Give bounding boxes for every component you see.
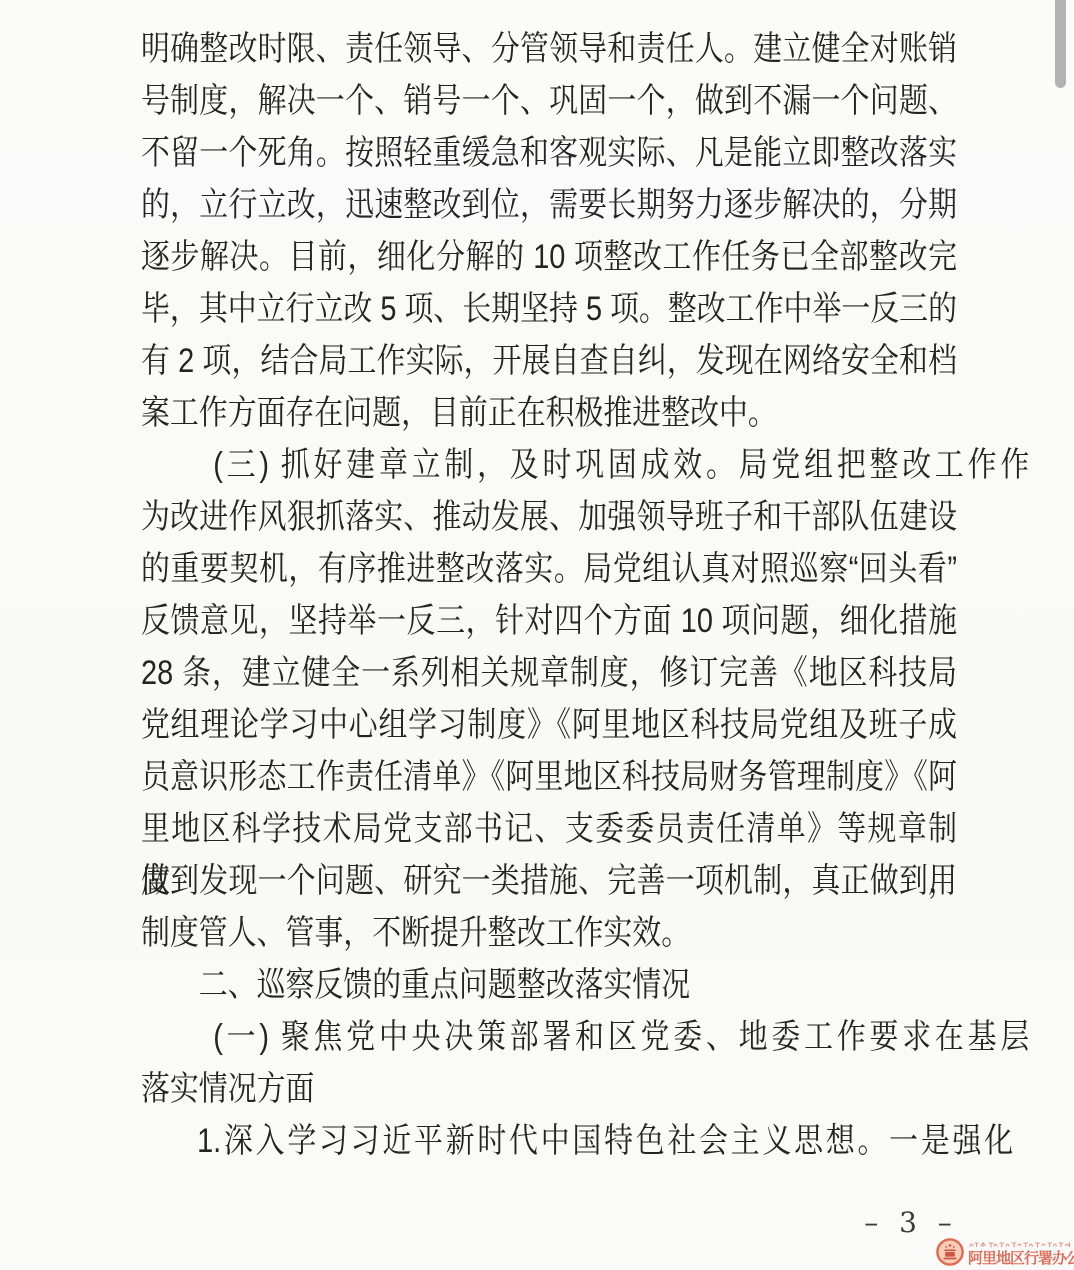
scrollbar-thumb[interactable] [1055,0,1066,88]
text-line: (一) 聚焦党中央决策部署和区党委、地委工作要求在基层 [141,1011,1029,1063]
text-line: 1.深入学习习近平新时代中国特色社会主义思想。一是强化 [141,1115,1013,1167]
text-line: 不留一个死角。按照轻重缓急和客观实际、凡是能立即整改落实 [141,127,957,179]
text-line: 员意识形态工作责任清单》《阿里地区科技局财务管理制度》《阿 [141,751,957,803]
text-line: 落实情况方面 [141,1063,957,1115]
text-line: 号制度，解决一个、销号一个、巩固一个，做到不漏一个问题、 [141,75,957,127]
text-line: 做到发现一个问题、研究一类措施、完善一项机制，真正做到用 [141,855,957,907]
text-line: 反馈意见，坚持举一反三，针对四个方面 10 项问题，细化措施 [141,595,957,647]
text-line: 逐步解决。目前，细化分解的 10 项整改工作任务已全部整改完 [141,231,957,283]
text-line: 有 2 项，结合局工作实际，开展自查自纠，发现在网络安全和档 [141,335,957,387]
document-page: 明确整改时限、责任领导、分管领导和责任人。建立健全对账销号制度，解决一个、销号一… [0,0,1074,1270]
stamp-org-name: 阿里地区行署办公室 [968,1250,1074,1267]
text-line: 制度管人、管事，不断提升整改工作实效。 [141,907,957,959]
stamp-text-block: 阿里地区行署办公室 [968,1238,1074,1267]
text-line: 里地区科学技术局党支部书记、支委委员责任清单》等规章制度， [141,803,957,855]
text-line: 28 条，建立健全一系列相关规章制度，修订完善《地区科技局 [141,647,957,699]
page-number: – 3 – [856,1206,966,1239]
text-line: 的重要契机，有序推进整改落实。局党组认真对照巡察“回头看” [141,543,957,595]
text-line: 毕，其中立行立改 5 项、长期坚持 5 项。整改工作中举一反三的 [141,283,957,335]
text-line: 党组理论学习中心组学习制度》《阿里地区科技局党组及班子成 [141,699,957,751]
text-line: 二、巡察反馈的重点问题整改落实情况 [141,959,1015,1011]
document-body: 明确整改时限、责任领导、分管领导和责任人。建立健全对账销号制度，解决一个、销号一… [141,23,957,1167]
text-line: 为改进作风狠抓落实、推动发展、加强领导班子和干部队伍建设 [141,491,957,543]
national-emblem-icon [936,1238,964,1266]
tibetan-script-icon [968,1240,1072,1249]
text-line: 明确整改时限、责任领导、分管领导和责任人。建立健全对账销 [141,23,957,75]
text-line: (三) 抓好建章立制，及时巩固成效。局党组把整改工作作 [141,439,1029,491]
text-line: 的，立行立改，迅速整改到位，需要长期努力逐步解决的，分期 [141,179,957,231]
official-stamp: 阿里地区行署办公室 [936,1238,1074,1267]
text-line: 案工作方面存在问题，目前正在积极推进整改中。 [141,387,957,439]
